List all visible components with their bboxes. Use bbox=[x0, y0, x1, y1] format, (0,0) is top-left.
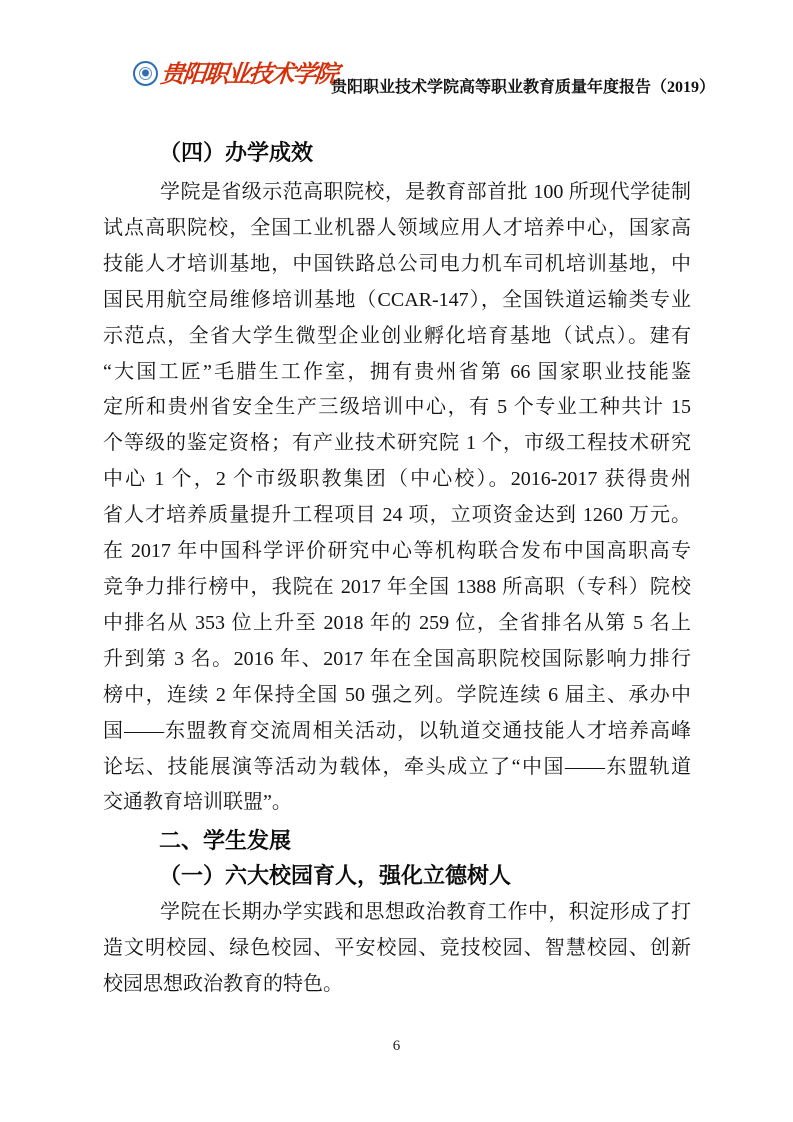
text-line: 学院在长期办学实践和思想政治教育工作中，积淀形成了打 bbox=[103, 895, 691, 931]
text-line: 省人才培养质量提升工程项目 24 项，立项资金达到 1260 万元。 bbox=[103, 498, 691, 534]
paragraph-six-campuses: 学院在长期办学实践和思想政治教育工作中，积淀形成了打 造文明校园、绿色校园、平安… bbox=[103, 895, 691, 1003]
text-line: 在 2017 年中国科学评价研究中心等机构联合发布中国高职高专 bbox=[103, 534, 691, 570]
text-line: 竞争力排行榜中，我院在 2017 年全国 1388 所高职（专科）院校 bbox=[103, 570, 691, 606]
text-line: 造文明校园、绿色校园、平安校园、竞技校园、智慧校园、创新 bbox=[103, 931, 691, 967]
text-line: 学院是省级示范高职院校，是教育部首批 100 所现代学徒制 bbox=[103, 175, 691, 211]
text-line: 国——东盟教育交流周相关活动，以轨道交通技能人才培养高峰 bbox=[103, 714, 691, 750]
text-line: 中排名从 353 位上升至 2018 年的 259 位，全省排名从第 5 名上 bbox=[103, 606, 691, 642]
text-line: 个等级的鉴定资格；有产业技术研究院 1 个，市级工程技术研究 bbox=[103, 426, 691, 462]
subsection-heading-six-campuses: （一）六大校园育人，强化立德树人 bbox=[103, 863, 691, 889]
text-line: 论坛、技能展演等活动为载体，牵头成立了“中国——东盟轨道 bbox=[103, 750, 691, 786]
text-line: “大国工匠”毛腊生工作室，拥有贵州省第 66 国家职业技能鉴 bbox=[103, 355, 691, 391]
text-line: 升到第 3 名。2016 年、2017 年在全国高职院校国际影响力排行 bbox=[103, 642, 691, 678]
page-number: 6 bbox=[0, 1038, 793, 1055]
text-line: 示范点，全省大学生微型企业创业孵化培育基地（试点）。建有 bbox=[103, 319, 691, 355]
paragraph-achievements: 学院是省级示范高职院校，是教育部首批 100 所现代学徒制 试点高职院校，全国工… bbox=[103, 175, 691, 821]
section-heading-banxue-chengxiao: （四）办学成效 bbox=[103, 140, 691, 166]
text-line: 交通教育培训联盟”。 bbox=[103, 785, 691, 821]
document-page: 贵阳职业技术学院 贵阳职业技术学院高等职业教育质量年度报告（2019） （四）办… bbox=[0, 0, 793, 1122]
chapter-heading-student-development: 二、学生发展 bbox=[103, 828, 691, 854]
text-line: 国民用航空局维修培训基地（CCAR-147），全国铁道运输类专业 bbox=[103, 283, 691, 319]
text-line: 榜中，连续 2 年保持全国 50 强之列。学院连续 6 届主、承办中 bbox=[103, 678, 691, 714]
text-line: 技能人才培训基地，中国铁路总公司电力机车司机培训基地，中 bbox=[103, 247, 691, 283]
college-name-calligraphy: 贵阳职业技术学院 bbox=[159, 54, 339, 89]
college-seal-emblem-icon bbox=[139, 67, 152, 80]
document-body: （四）办学成效 学院是省级示范高职院校，是教育部首批 100 所现代学徒制 试点… bbox=[103, 140, 691, 1003]
college-seal-logo bbox=[133, 61, 158, 86]
text-line: 校园思想政治教育的特色。 bbox=[103, 967, 691, 1003]
text-line: 试点高职院校，全国工业机器人领域应用人才培养中心，国家高 bbox=[103, 211, 691, 247]
text-line: 中心 1 个，2 个市级职教集团（中心校）。2016-2017 获得贵州 bbox=[103, 462, 691, 498]
text-line: 定所和贵州省安全生产三级培训中心，有 5 个专业工种共计 15 bbox=[103, 390, 691, 426]
report-header-title: 贵阳职业技术学院高等职业教育质量年度报告（2019） bbox=[331, 78, 715, 98]
